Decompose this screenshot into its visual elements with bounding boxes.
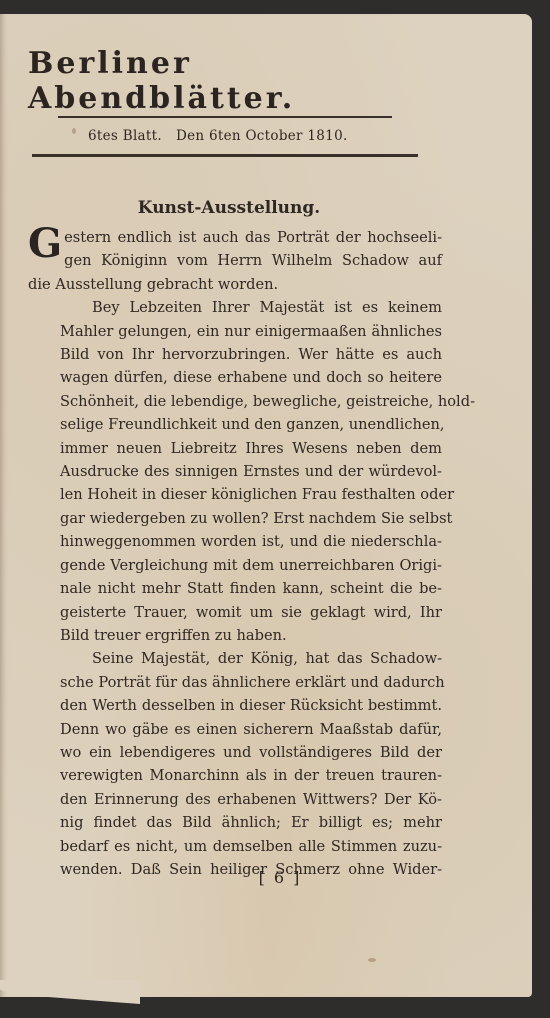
- text-line: len Hoheit in dieser königlichen Frau fe…: [28, 483, 442, 506]
- masthead-rule-bottom: [32, 154, 418, 157]
- text-line: Schönheit, die lebendige, bewegliche, ge…: [28, 390, 442, 413]
- text-line: gen Königinn vom Herrn Wilhelm Schadow a…: [28, 249, 442, 272]
- text-line: immer neuen Liebreitz Ihres Wesens neben…: [28, 437, 442, 460]
- text-line: Bild treuer ergriffen zu haben.: [28, 624, 442, 647]
- issue-date: Den 6ten October 1810.: [176, 128, 348, 144]
- paragraph-3: Seine Majestät, der König, hat das Schad…: [28, 647, 442, 881]
- page-number: [ 6 ]: [0, 868, 550, 887]
- paragraph-1: G estern endlich ist auch das Porträt de…: [28, 226, 442, 296]
- issue-line: 6tes Blatt. Den 6ten October 1810.: [88, 128, 348, 144]
- text-line: wagen dürfen, diese erhabene und doch so…: [28, 366, 442, 389]
- masthead-title: Berliner Abendblätter.: [28, 46, 448, 116]
- masthead-rule-top: [58, 116, 392, 118]
- text-line: die Ausstellung gebracht worden.: [28, 273, 442, 296]
- issue-sheet: 6tes Blatt.: [88, 128, 162, 144]
- text-line: Ausdrucke des sinnigen Ernstes und der w…: [28, 460, 442, 483]
- article-title: Kunst-Ausstellung.: [0, 198, 458, 218]
- text-line: Mahler gelungen, ein nur einigermaaßen ä…: [28, 320, 442, 343]
- text-line: sche Porträt für das ähnlichere erklärt …: [28, 671, 442, 694]
- text-line: hinweggenommen worden ist, und die niede…: [28, 530, 442, 553]
- text-line: Seine Majestät, der König, hat das Schad…: [28, 647, 442, 670]
- text-line: den Werth desselben in dieser Rücksicht …: [28, 694, 442, 717]
- page-corner-curl: [0, 980, 140, 1004]
- text-line: wo ein lebendigeres und vollständigeres …: [28, 741, 442, 764]
- text-line: verewigten Monarchinn als in der treuen …: [28, 764, 442, 787]
- text-line: geisterte Trauer, womit um sie geklagt w…: [28, 601, 442, 624]
- text-line: nig findet das Bild ähnlich; Er billigt …: [28, 811, 442, 834]
- text-line: bedarf es nicht, um demselben alle Stimm…: [28, 835, 442, 858]
- text-line: den Erinnerung des erhabenen Wittwers? D…: [28, 788, 442, 811]
- ink-spot: [72, 128, 76, 134]
- text-line: gende Vergleichung mit dem unerreichbare…: [28, 554, 442, 577]
- paragraph-2: Bey Lebzeiten Ihrer Majestät ist es kein…: [28, 296, 442, 647]
- text-line: estern endlich ist auch das Porträt der …: [28, 226, 442, 249]
- article-body: G estern endlich ist auch das Porträt de…: [28, 226, 442, 881]
- text-line: Bild von Ihr hervorzubringen. Wer hätte …: [28, 343, 442, 366]
- paper-stain: [368, 958, 376, 962]
- text-line: selige Freundlichkeit und den ganzen, un…: [28, 413, 442, 436]
- text-line: gar wiedergeben zu wollen? Erst nachdem …: [28, 507, 442, 530]
- text-line: nale nicht mehr Statt finden kann, schei…: [28, 577, 442, 600]
- text-line: Bey Lebzeiten Ihrer Majestät ist es kein…: [28, 296, 442, 319]
- text-line: Denn wo gäbe es einen sicherern Maaßstab…: [28, 718, 442, 741]
- drop-cap: G: [28, 226, 62, 262]
